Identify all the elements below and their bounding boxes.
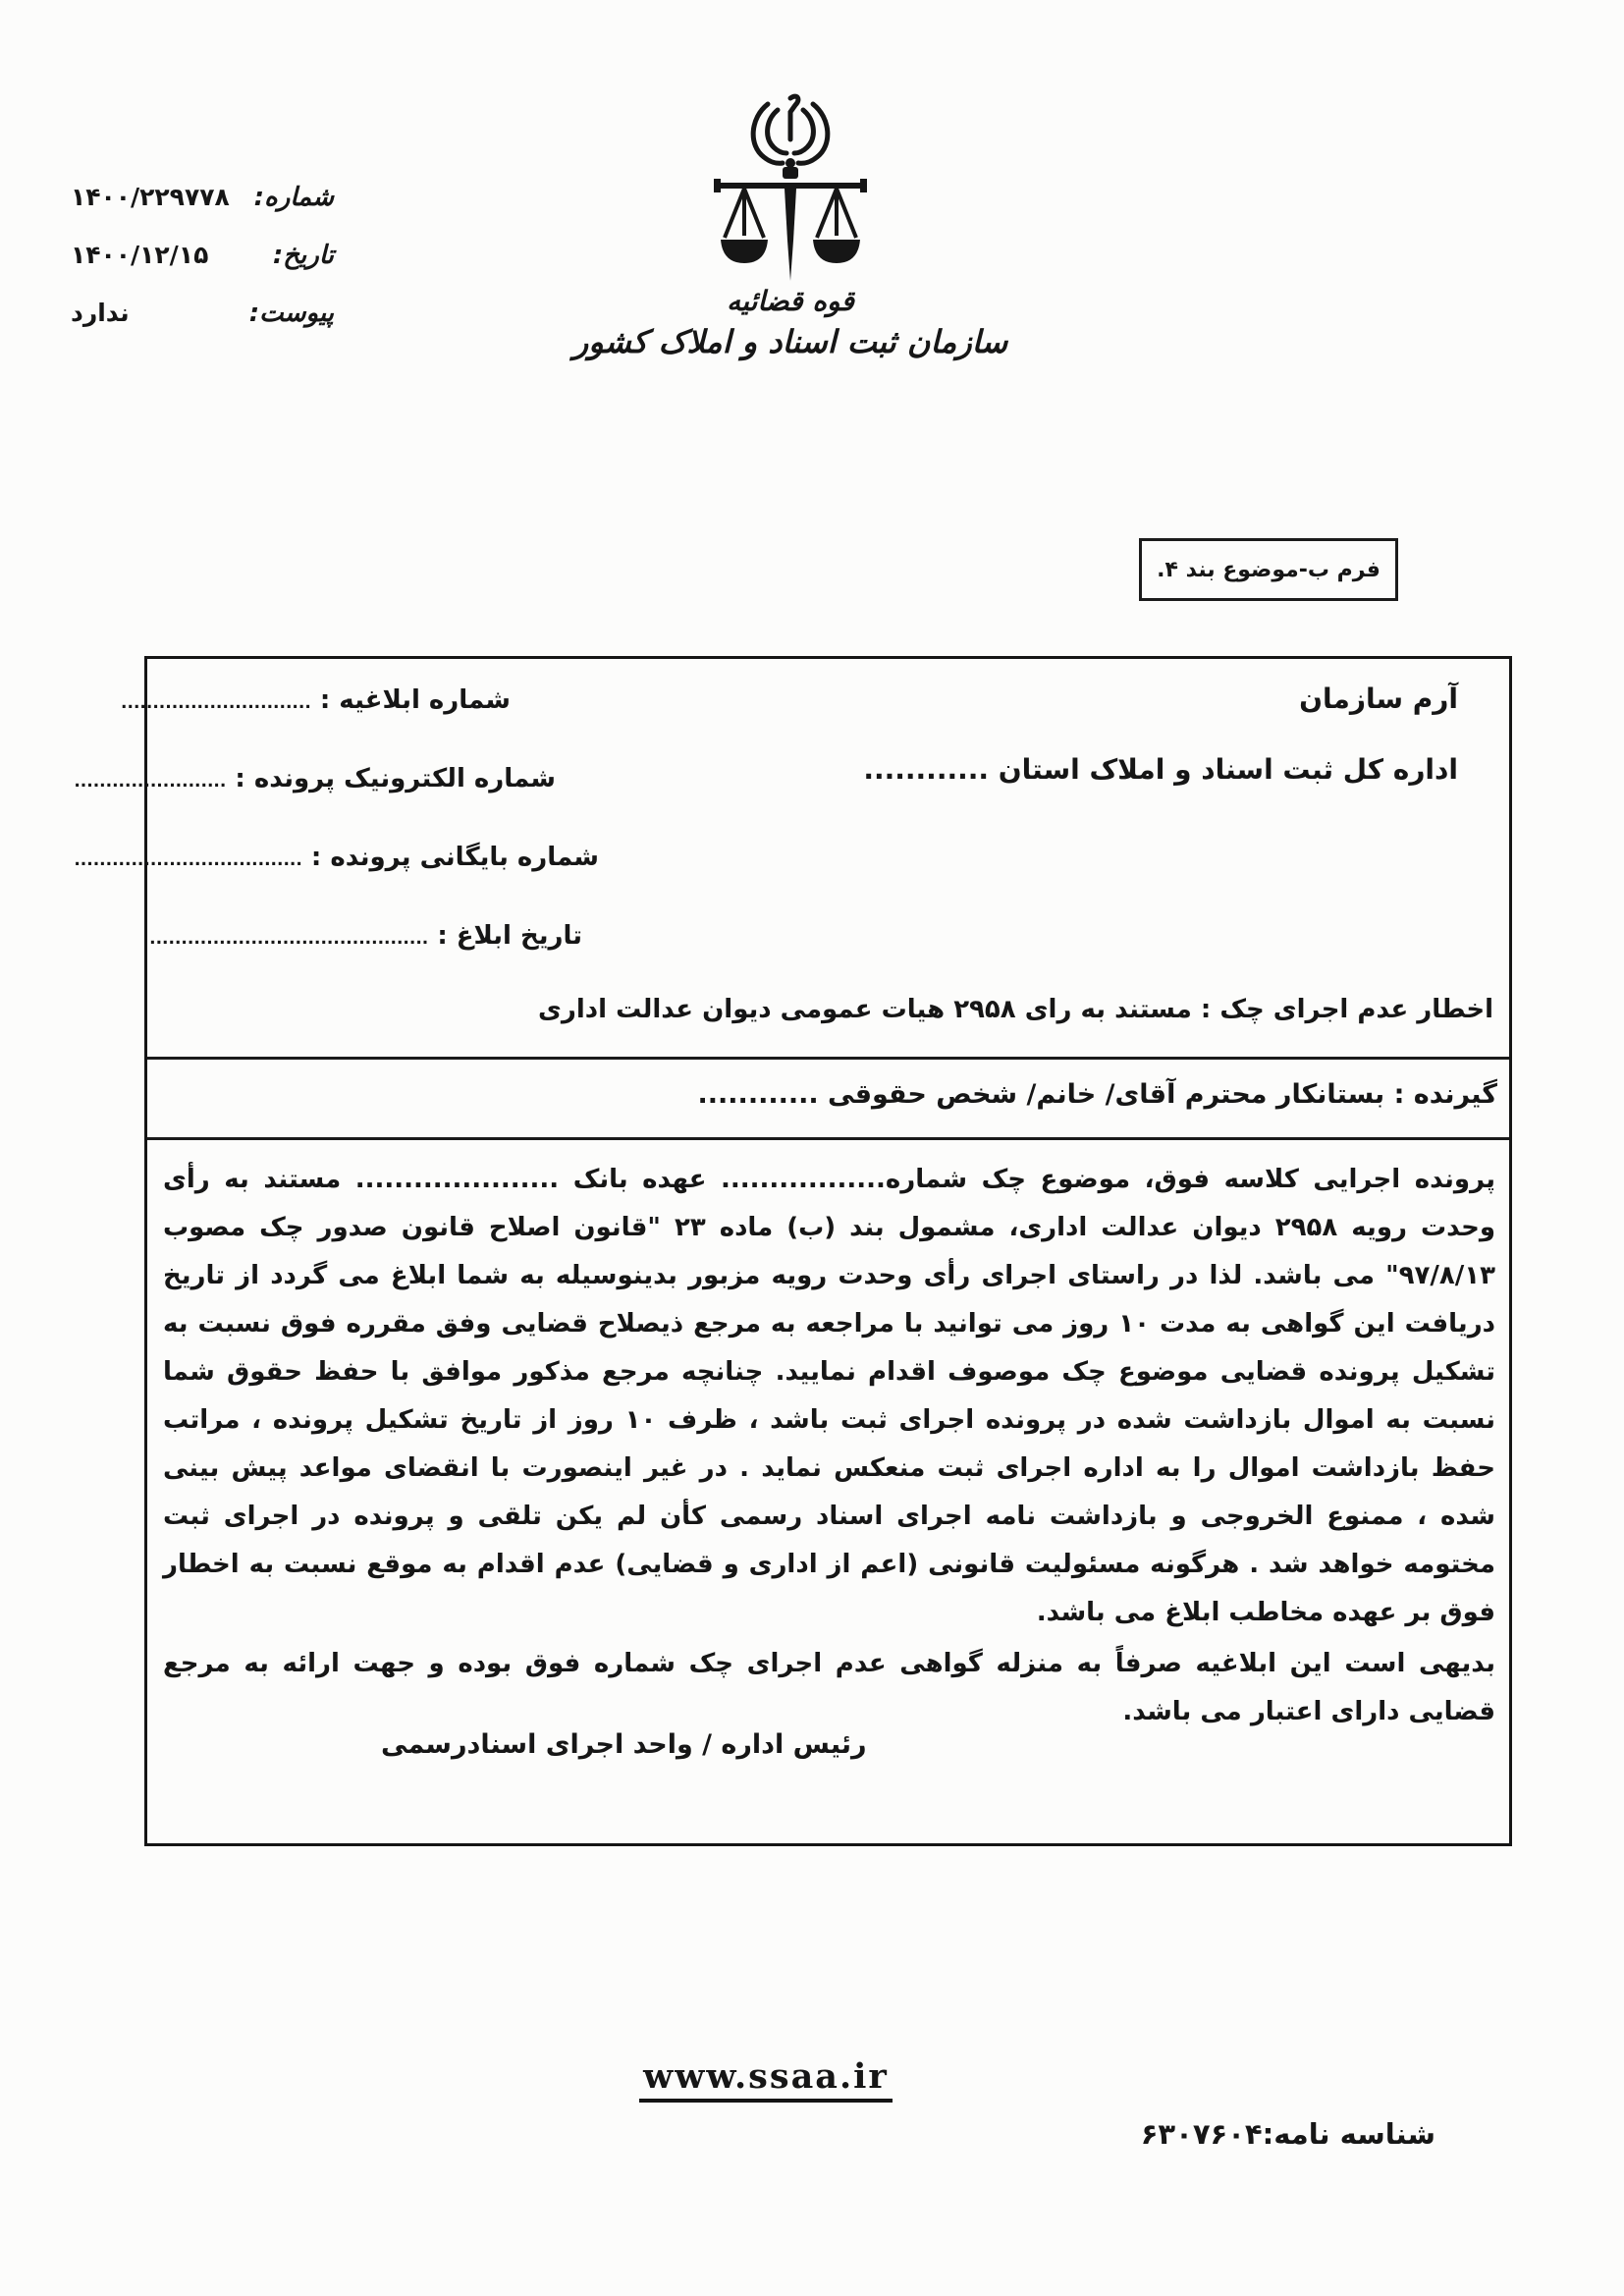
field-row-electronic-file-number: شماره الکترونیک پرونده : ...............…	[74, 764, 556, 793]
divider	[147, 1057, 1509, 1060]
form-badge-label: فرم ب-موضوع بند ۴.	[1157, 558, 1380, 582]
signature-line: رئیس اداره / واحد اجرای اسنادرسمی	[381, 1729, 867, 1760]
field-label: شماره بایگانی پرونده :	[311, 843, 599, 872]
letterhead-meta: شماره: ۱۴۰۰/۲۲۹۷۷۸ تاریخ: ۱۴۰۰/۱۲/۱۵ پیو…	[71, 183, 334, 356]
field-label: شماره ابلاغیه :	[320, 685, 511, 715]
divider	[147, 1137, 1509, 1140]
recipient-line: گیرنده : بستانکار محترم آقای/ خانم/ شخص …	[698, 1079, 1497, 1110]
org-logo-placeholder-label: آرم سازمان	[1299, 683, 1458, 715]
letter-number-row: شماره: ۱۴۰۰/۲۲۹۷۷۸	[71, 183, 334, 212]
form-badge: فرم ب-موضوع بند ۴.	[1139, 538, 1398, 601]
field-label: شماره الکترونیک پرونده :	[235, 764, 556, 793]
field-dotted-blank: ....................................	[74, 850, 302, 870]
subject-line: اخطار عدم اجرای چک : مستند به رای ۲۹۵۸ ه…	[538, 995, 1493, 1024]
letter-date-row: تاریخ: ۱۴۰۰/۱۲/۱۵	[71, 241, 334, 270]
letter-number-label: شماره:	[254, 183, 334, 212]
body-paragraph-1: پرونده اجرایی کلاسه فوق، موضوع چک شماره.…	[163, 1156, 1495, 1637]
letterhead-emblem-block: قوه قضائیه سازمان ثبت اسناد و املاک کشور	[565, 88, 1016, 360]
website-url: www.ssaa.ir	[609, 2056, 923, 2097]
website-url-text: www.ssaa.ir	[639, 2056, 893, 2103]
letter-attachment-label: پیوست:	[249, 299, 334, 328]
scanned-letter-page: شماره: ۱۴۰۰/۲۲۹۷۷۸ تاریخ: ۱۴۰۰/۱۲/۱۵ پیو…	[0, 0, 1624, 2296]
field-dotted-blank: ..............................	[121, 693, 311, 713]
letter-id: شناسه نامه:۶۳۰۷۶۰۴	[1141, 2117, 1435, 2151]
office-line: اداره کل ثبت اسناد و املاک استان .......…	[863, 753, 1458, 786]
field-row-archive-number: شماره بایگانی پرونده : .................…	[74, 843, 599, 872]
letter-date-value: ۱۴۰۰/۱۲/۱۵	[71, 241, 208, 269]
letter-attachment-row: پیوست: ندارد	[71, 299, 334, 328]
field-row-notification-number: شماره ابلاغیه : ........................…	[121, 685, 511, 715]
notice-body: پرونده اجرایی کلاسه فوق، موضوع چک شماره.…	[163, 1156, 1495, 1736]
letter-date-label: تاریخ:	[273, 241, 334, 270]
letter-attachment-value: ندارد	[71, 299, 130, 327]
notice-box: آرم سازمان اداره کل ثبت اسناد و املاک اس…	[144, 656, 1512, 1846]
field-dotted-blank: ........................	[74, 772, 226, 792]
field-row-notification-date: تاریخ ابلاغ : ..........................…	[149, 921, 582, 951]
organization-title: سازمان ثبت اسناد و املاک کشور	[565, 323, 1016, 360]
judiciary-scales-emblem-icon	[697, 88, 884, 285]
body-paragraph-2: بدیهی است این ابلاغیه صرفاً به منزله گوا…	[163, 1640, 1495, 1736]
judiciary-title: قوه قضائیه	[565, 285, 1016, 317]
letter-number-value: ۱۴۰۰/۲۲۹۷۷۸	[71, 183, 230, 211]
field-dotted-blank: ........................................…	[149, 929, 428, 949]
field-label: تاریخ ابلاغ :	[437, 921, 582, 951]
